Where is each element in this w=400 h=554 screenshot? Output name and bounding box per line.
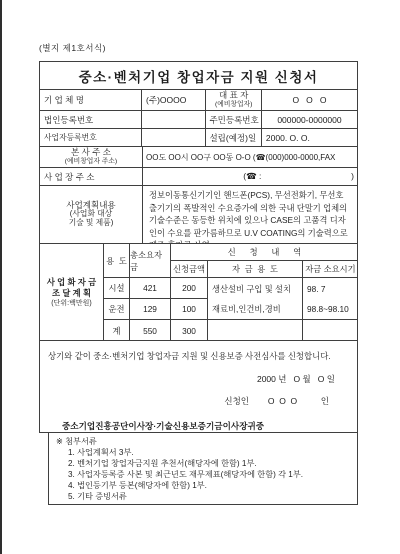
funding-row-operating-amount: 100 (171, 299, 208, 320)
attachment-item-3: 3. 사업자등록증 사본 및 최근년도 재무제표(해당자에 한함) 각 1부. (49, 469, 357, 480)
funding-row-facility-amount: 200 (171, 278, 208, 299)
application-form-table: 중소·벤처기업 창업자금 지원 신청서 기 업 체 명 (주)OOOO 대 표 … (39, 61, 358, 433)
funding-plan-unit: (단위:백만원) (51, 299, 91, 308)
attachments-title: ※ 첨부서류 (49, 436, 357, 447)
establish-date-label: 설립(예정)일 (206, 129, 261, 146)
ceo-value: O O O (262, 90, 357, 110)
funding-plan-table: 사 업 화 자 금 조 달 계 획 (단위:백만원) 용 도 총소요자금 신 청… (40, 244, 357, 341)
corp-reg-label: 법인등록번호 (40, 111, 142, 128)
funding-row-operating-total: 129 (130, 299, 171, 320)
attachment-item-1: 1. 사업계획서 3부. (49, 447, 357, 458)
funding-plan-label-line1: 사 업 화 자 금 (47, 277, 96, 288)
row-company: 기 업 체 명 (주)OOOO 대 표 자 (예비창업자) O O O (40, 90, 357, 111)
funding-row-operating-timing: 98.8~98.10 (303, 299, 358, 320)
business-plan-label-line3: 기술 및 제품) (69, 219, 114, 228)
funding-row-total-timing (303, 320, 358, 341)
document-title: 중소·벤처기업 창업자금 지원 신청서 (79, 66, 319, 86)
col-header-total: 총소요자금 (130, 244, 171, 278)
company-name-value: (주)OOOO (142, 90, 206, 110)
row-site-address: 사 업 장 주 소 (☎ : ) (40, 168, 357, 186)
resident-no-label: 주민등록번호 (206, 111, 261, 128)
establish-date-value: 2000. O. O. (262, 129, 357, 146)
site-address-label: 사 업 장 주 소 (40, 168, 143, 185)
col-header-purpose: 자 금 용 도 (208, 261, 303, 278)
funding-row-operating-use: 운전 (104, 299, 130, 320)
recipient-line: 중소기업진흥공단이사장·기술신용보증기금이사장귀중 (62, 420, 357, 432)
funding-row-facility-timing: 98. 7 (303, 278, 358, 299)
col-header-timing: 자금 소요시기 (303, 261, 358, 278)
funding-plan-label-line2: 조 달 계 획 (52, 288, 91, 299)
ceo-label-line2: (예비창업자) (215, 101, 252, 109)
form-number-note: (별지 제1호서식) (39, 42, 106, 54)
biz-reg-value (142, 129, 206, 146)
hq-address-value: OO도 OO시 OO구 OO동 O-O (☎(000)000-0000,FAX … (143, 147, 357, 167)
hq-address-label-line1: 본 사 주 소 (71, 148, 111, 158)
declaration-section: 상기와 같이 중소·벤처기업 창업자금 지원 및 신용보증 사전심사를 신청합니… (40, 341, 357, 432)
resident-no-value: 000000-0000000 (262, 111, 357, 128)
col-header-amount: 신청금액 (171, 261, 208, 278)
funding-plan-label: 사 업 화 자 금 조 달 계 획 (단위:백만원) (40, 244, 104, 341)
document-page: (별지 제1호서식) 중소·벤처기업 창업자금 지원 신청서 기 업 체 명 (… (0, 0, 400, 554)
declaration-date: 2000 년 O 월 O 일 (40, 373, 335, 385)
funding-row-facility-purpose: 생산설비 구입 및 설치 (208, 278, 303, 299)
row-business-plan: 사업계획내용 (사업화 대상 기술 및 제품) 정보이동통신기기인 핸드폰(PC… (40, 186, 357, 244)
funding-row-facility-total: 421 (130, 278, 171, 299)
ceo-label: 대 표 자 (예비창업자) (206, 90, 261, 110)
scan-edge-line (0, 0, 2, 554)
hq-address-label: 본 사 주 소 (예비창업자 주소) (40, 147, 143, 167)
corp-reg-value (142, 111, 206, 128)
row-business-registration: 사업자등록번호 설립(예정)일 2000. O. O. (40, 129, 357, 147)
attachments-box: ※ 첨부서류 1. 사업계획서 3부. 2. 벤처기업 창업자금지원 추천서(해… (48, 432, 358, 505)
site-address-value: (☎ : ) (143, 168, 357, 185)
col-header-request-details: 신 청 내 역 (171, 244, 358, 261)
hq-address-label-line2: (예비창업자 주소) (65, 158, 117, 166)
col-header-use: 용 도 (104, 244, 130, 278)
row-hq-address: 본 사 주 소 (예비창업자 주소) OO도 OO시 OO구 OO동 O-O (… (40, 147, 357, 168)
funding-row-operating-purpose: 재료비,인건비,경비 (208, 299, 303, 320)
funding-row-total-amount: 300 (171, 320, 208, 341)
company-name-label: 기 업 체 명 (40, 90, 142, 110)
business-plan-content: 정보이동통신기기인 핸드폰(PCS), 무선전화기, 무선호출기기의 폭발적인 … (143, 186, 357, 243)
applicant-signature-line: 신청인 O O O 인 (40, 395, 329, 407)
attachment-item-2: 2. 벤처기업 창업자금지원 추천서(해당자에 한함) 1부. (49, 458, 357, 469)
attachment-item-4: 4. 법인등기부 등본(해당자에 한함) 1부. (49, 480, 357, 491)
title-row: 중소·벤처기업 창업자금 지원 신청서 (40, 62, 357, 90)
attachment-item-5: 5. 기타 증빙서류 (49, 491, 357, 502)
ceo-label-line1: 대 표 자 (219, 91, 248, 101)
business-plan-label: 사업계획내용 (사업화 대상 기술 및 제품) (40, 186, 143, 243)
funding-row-total-use: 계 (104, 320, 130, 341)
row-corp-registration: 법인등록번호 주민등록번호 000000-0000000 (40, 111, 357, 129)
funding-row-facility-use: 시설 (104, 278, 130, 299)
funding-row-total-total: 550 (130, 320, 171, 341)
biz-reg-label: 사업자등록번호 (40, 129, 142, 146)
funding-row-total-purpose (208, 320, 303, 341)
declaration-statement: 상기와 같이 중소·벤처기업 창업자금 지원 및 신용보증 사전심사를 신청합니… (48, 350, 351, 362)
